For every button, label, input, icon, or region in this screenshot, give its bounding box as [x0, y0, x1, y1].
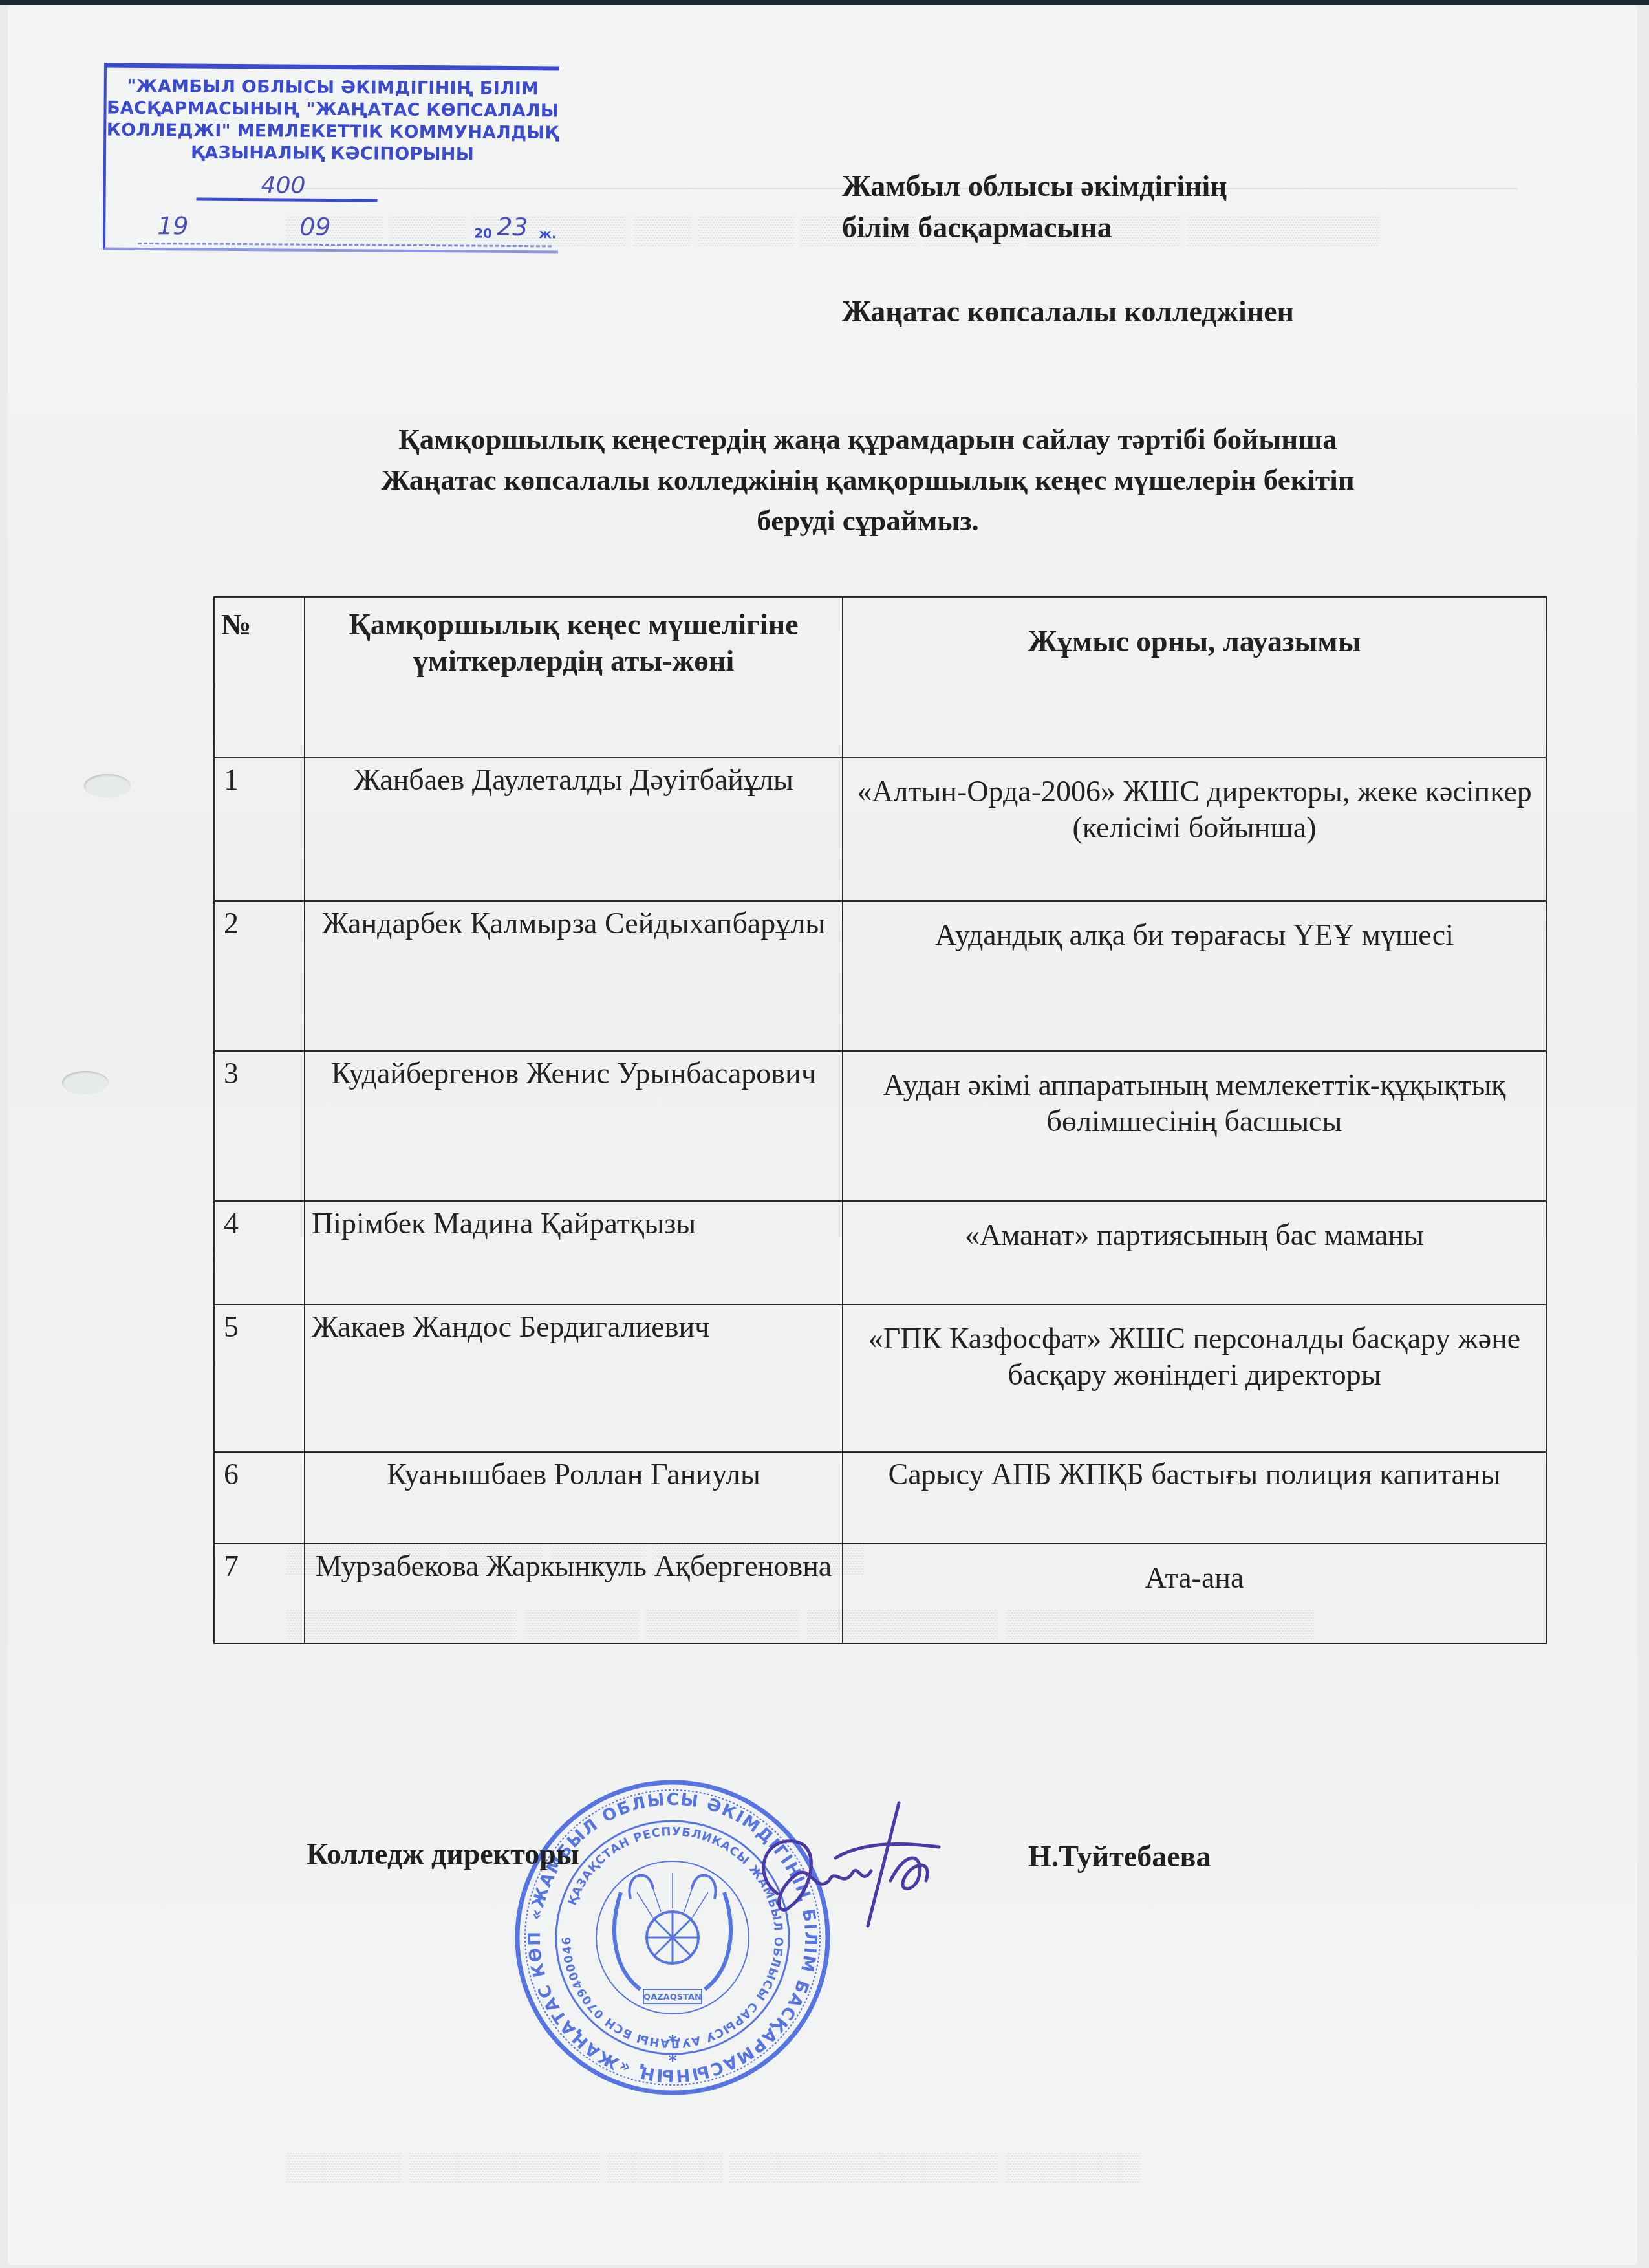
row-num: 5 — [214, 1304, 305, 1452]
outgoing-number: 400 — [261, 172, 306, 199]
header-work: Жұмыс орны, лауазымы — [843, 597, 1546, 757]
candidate-name: Куанышбаев Роллан Ганиулы — [305, 1452, 843, 1544]
registration-stamp: "ЖАМБЫЛ ОБЛЫСЫ ӘКІМДІГІНІҢ БІЛІМ БАСҚАРМ… — [103, 63, 559, 254]
candidate-work: Ата-ана — [843, 1544, 1546, 1643]
candidate-name: Кудайбергенов Женис Урынбасарович — [305, 1051, 843, 1201]
candidate-name: Пірімбек Мадина Қайратқызы — [305, 1201, 843, 1304]
table-row: 4 Пірімбек Мадина Қайратқызы «Аманат» па… — [214, 1201, 1546, 1304]
table-row: 2 Жандарбек Қалмырза Сейдыхапбарұлы Ауда… — [214, 901, 1546, 1051]
scan-edge — [0, 0, 1649, 5]
candidate-work: Аудан әкімі аппаратының мемлекеттік-құқы… — [843, 1051, 1546, 1201]
candidate-name: Жанбаев Даулеталды Дәуітбайұлы — [305, 757, 843, 901]
stamp-org-line: "ЖАМБЫЛ ОБЛЫСЫ ӘКІМДІГІНІҢ БІЛІМ — [107, 76, 559, 101]
table-row: 7 Мурзабекова Жаркынкуль Ақбергеновна Ат… — [214, 1544, 1546, 1643]
svg-text:QAZAQSTAN: QAZAQSTAN — [643, 1993, 702, 2002]
row-num: 6 — [214, 1452, 305, 1544]
addressee-block: Жамбыл облысы әкімдігінің білім басқарма… — [842, 166, 1294, 332]
stamp-org-line: БАСҚАРМАСЫНЫҢ "ЖАҢАТАС КӨПСАЛАЛЫ — [106, 98, 559, 123]
header-name: Қамқоршылық кеңес мүшелігіне үміткерлерд… — [305, 597, 843, 757]
table-row: 5 Жакаев Жандос Бердигалиевич «ГПК Казфо… — [214, 1304, 1546, 1452]
stamp-year: 23 — [497, 213, 528, 241]
row-num: 1 — [214, 757, 305, 901]
table-header-row: № Қамқоршылық кеңес мүшелігіне үміткерле… — [214, 597, 1546, 757]
addressee-from: Жаңатас көпсалалы колледжінен — [842, 291, 1294, 332]
stamp-org-line: ҚАЗЫНАЛЫҚ КӘСІПОРЫНЫ — [106, 142, 559, 167]
addressee-to-line: Жамбыл облысы әкімдігінің — [842, 166, 1294, 207]
hole-punch — [84, 774, 131, 797]
candidate-work: Аудандық алқа би төрағасы ҮЕҰ мүшесі — [843, 901, 1546, 1051]
row-num: 2 — [214, 901, 305, 1051]
title-line: беруді сұраймыз. — [221, 501, 1514, 541]
row-num: 3 — [214, 1051, 305, 1201]
addressee-to-line: білім басқармасына — [842, 207, 1294, 248]
signatory-position: Колледж директоры — [307, 1837, 579, 1871]
candidate-work: «ГПК Казфосфат» ЖШС персоналды басқару ж… — [843, 1304, 1546, 1452]
row-num: 7 — [214, 1544, 305, 1643]
candidates-table: № Қамқоршылық кеңес мүшелігіне үміткерле… — [213, 596, 1547, 1644]
hole-punch — [62, 1071, 109, 1094]
candidate-name: Жандарбек Қалмырза Сейдыхапбарұлы — [305, 901, 843, 1051]
stamp-year-prefix: 20 — [474, 226, 492, 241]
document-title: Қамқоршылық кеңестердің жаңа құрамдарын … — [221, 419, 1514, 541]
header-num: № — [214, 597, 305, 757]
candidate-work: «Аманат» партиясының бас маманы — [843, 1201, 1546, 1304]
signatory-name: Н.Туйтебаева — [1028, 1839, 1211, 1874]
stamp-day: 19 — [157, 211, 189, 240]
table-row: 6 Куанышбаев Роллан Ганиулы Сарысу АПБ Ж… — [214, 1452, 1546, 1544]
stamp-date: 19 09 20 23 ж. — [138, 217, 552, 247]
title-line: Қамқоршылық кеңестердің жаңа құрамдарын … — [221, 419, 1514, 460]
table-row: 3 Кудайбергенов Женис Урынбасарович Ауда… — [214, 1051, 1546, 1201]
stamp-year-suffix: ж. — [539, 226, 557, 241]
svg-text:*: * — [668, 2033, 677, 2052]
row-num: 4 — [214, 1201, 305, 1304]
table-row: 1 Жанбаев Даулеталды Дәуітбайұлы «Алтын-… — [214, 757, 1546, 901]
document-page: ────────────────────────────────────────… — [8, 5, 1637, 2265]
candidate-name: Мурзабекова Жаркынкуль Ақбергеновна — [305, 1544, 843, 1643]
title-line: Жаңатас көпсалалы колледжінің қамқоршылы… — [221, 460, 1514, 501]
candidate-name: Жакаев Жандос Бердигалиевич — [305, 1304, 843, 1452]
candidate-work: Сарысу АПБ ЖПҚБ бастығы полиция капитаны — [843, 1452, 1546, 1544]
candidate-work: «Алтын-Орда-2006» ЖШС директоры, жеке кә… — [843, 757, 1546, 901]
svg-text:*: * — [668, 2052, 677, 2071]
stamp-organization: "ЖАМБЫЛ ОБЛЫСЫ ӘКІМДІГІНІҢ БІЛІМ БАСҚАРМ… — [106, 76, 559, 167]
handwritten-signature-icon — [738, 1797, 997, 1939]
stamp-org-line: КОЛЛЕДЖІ" МЕМЛЕКЕТТІК КОММУНАЛДЫҚ — [106, 120, 559, 145]
stamp-month: 09 — [299, 213, 331, 241]
